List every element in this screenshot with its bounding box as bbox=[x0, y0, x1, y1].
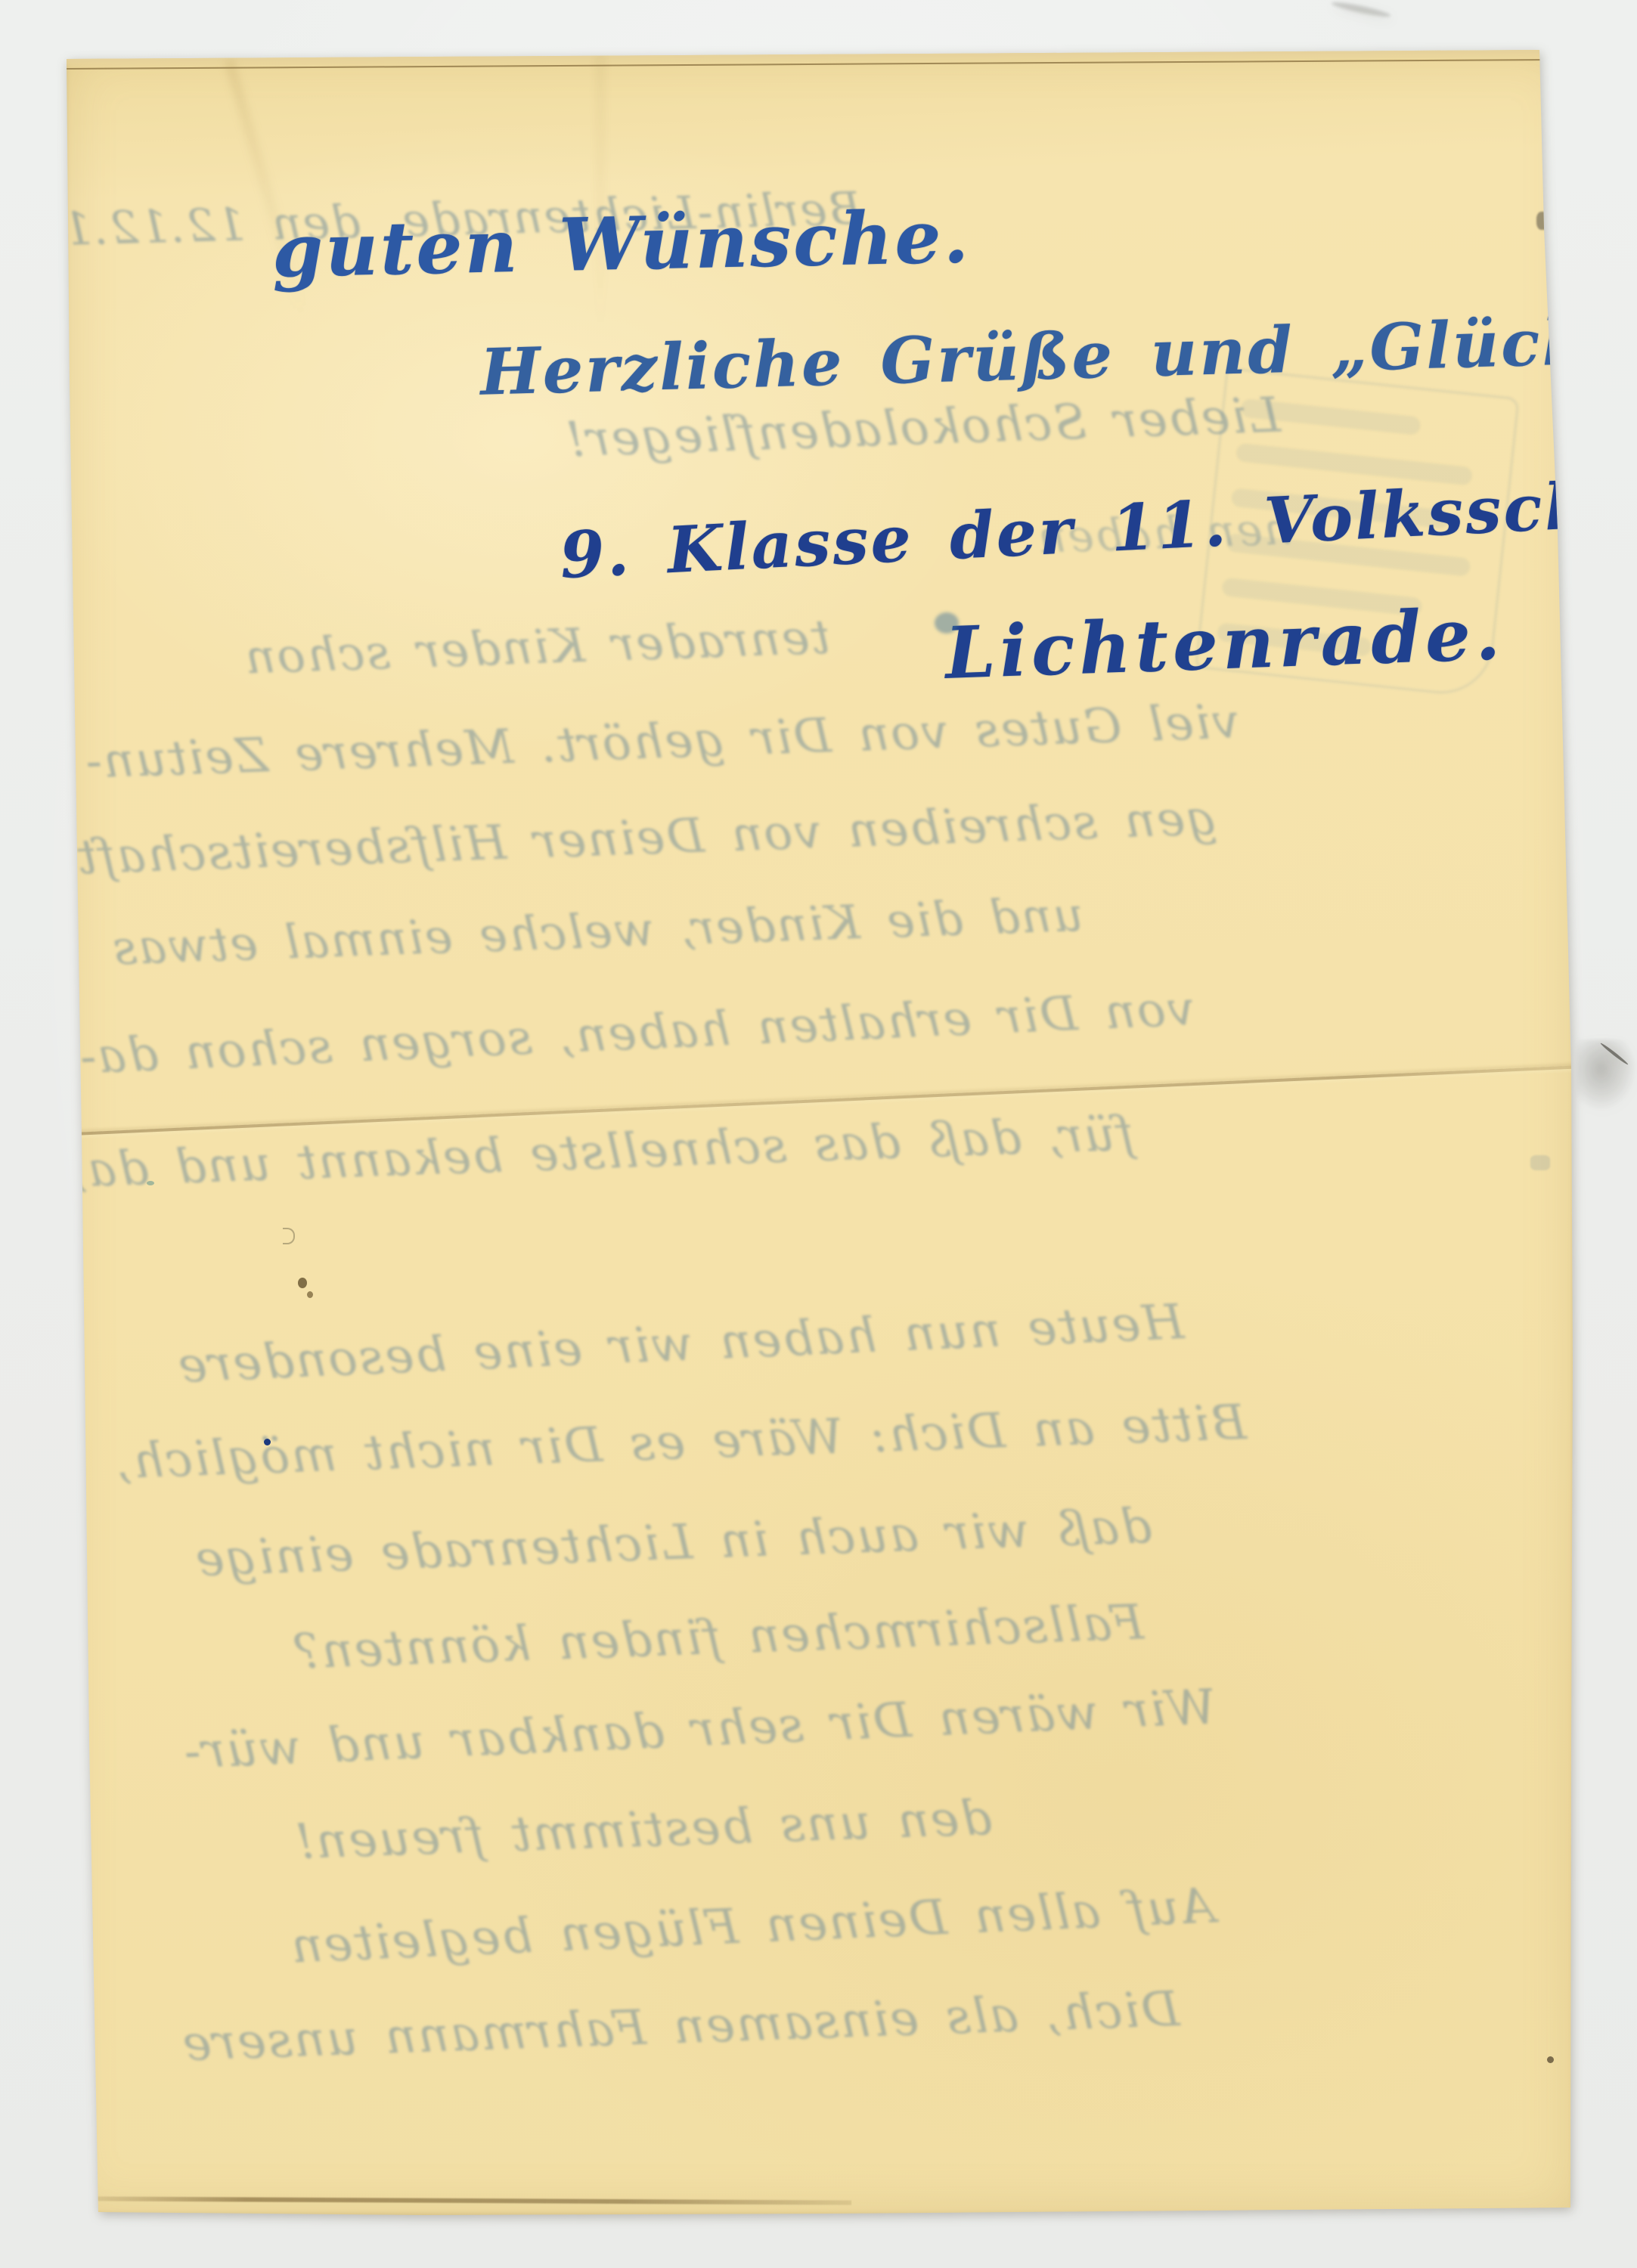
bleedthrough-line: für, daß das schnellste bekannt und da, bbox=[64, 1106, 1139, 1198]
bleedthrough-line: tenrader Kinder schon bbox=[113, 605, 961, 688]
bleedthrough-line: Heute nun haben wir eine besondere bbox=[113, 1292, 1248, 1397]
background-smudge bbox=[1331, 0, 1391, 19]
scan-background: Berlin-Lichtenrade, den 12.12.1948 Liebe… bbox=[0, 0, 1637, 2268]
dark-speck bbox=[298, 1278, 307, 1288]
dark-speck bbox=[307, 1291, 313, 1298]
bleedthrough-line: Dich, als einsamen Fahrmann unsere bbox=[150, 1981, 1211, 2074]
paper-mark bbox=[147, 1181, 154, 1185]
bleedthrough-line: Wir wären Dir sehr dankbar und wür- bbox=[128, 1678, 1271, 1783]
folded-sheet-edge bbox=[65, 39, 1541, 70]
bleedthrough-line: viel Gutes von Dir gehört. Mehrere Zeitu… bbox=[82, 694, 1241, 789]
bleedthrough-line: von Dir erhalten haben, sorgen schon da- bbox=[90, 981, 1195, 1084]
bleedthrough-line: Bitte an Dich: Wäre es Dir nicht möglich… bbox=[105, 1395, 1256, 1491]
dark-speck bbox=[1547, 2056, 1554, 2063]
bleedthrough-line: und die Kinder, welche einmal etwas bbox=[105, 887, 1090, 975]
bleedthrough-line: Fallschirmchen finden könnten? bbox=[249, 1594, 1188, 1682]
handwritten-line-guten-wuensche: guten Wünsche. bbox=[271, 195, 972, 293]
paper-mark bbox=[283, 1228, 295, 1244]
bleedthrough-line: gen schreiben von Deiner Hilfsbereitscha… bbox=[82, 791, 1218, 885]
torn-bottom-edge bbox=[95, 2196, 851, 2204]
bleedthrough-line: daß wir auch in Lichtenrade einige bbox=[181, 1498, 1165, 1588]
edge-smudge bbox=[1536, 212, 1549, 230]
bleedthrough-line: den uns bestimmt freuen! bbox=[241, 1789, 1044, 1873]
pencil-mark bbox=[1530, 1155, 1550, 1170]
ink-blot bbox=[935, 612, 959, 634]
ink-dot bbox=[264, 1439, 271, 1445]
letter-paper: Berlin-Lichtenrade, den 12.12.1948 Liebe… bbox=[65, 47, 1574, 2215]
bleedthrough-line: Auf allen Deinen Flügen begleiten bbox=[249, 1877, 1256, 1977]
